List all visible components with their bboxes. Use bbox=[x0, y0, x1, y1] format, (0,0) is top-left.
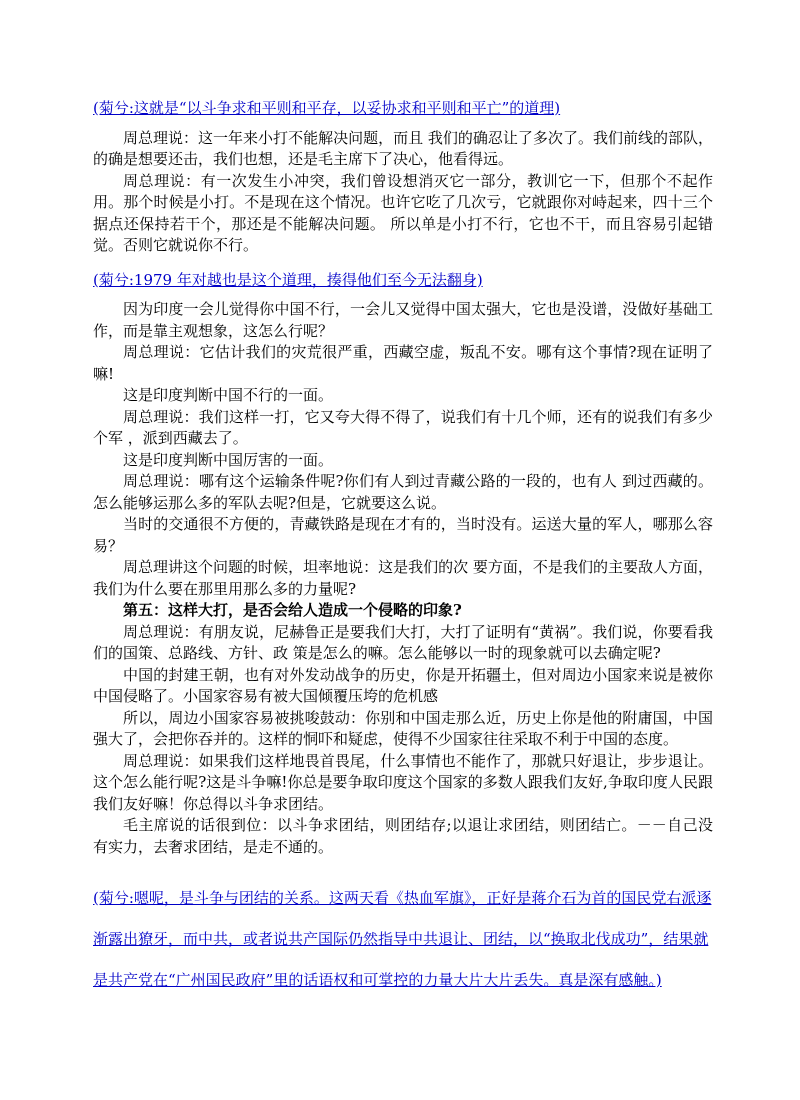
body-paragraph: 所以，周边小国家容易被挑唆鼓动：你别和中国走那么近，历史上你是他的附庸国，中国强… bbox=[93, 708, 713, 751]
body-paragraph: 周总理讲这个问题的时候，坦率地说：这是我们的次 要方面，不是我们的主要敌人方面，… bbox=[93, 557, 713, 600]
annotation-note: (菊兮:1979 年对越也是这个道理，揍得他们至今无法翻身) bbox=[93, 270, 713, 292]
annotation-note: (菊兮:这就是“以斗争求和平则和平存，以妥协求和平则和平亡”的道理) bbox=[93, 98, 713, 120]
body-paragraph: 这是印度判断中国不行的一面。 bbox=[93, 385, 713, 407]
body-paragraph: 周总理说：有朋友说，尼赫鲁正是要我们大打，大打了证明有“黄祸”。我们说，你要看我… bbox=[93, 622, 713, 665]
body-paragraph: 周总理说：哪有这个运输条件呢?你们有人到过青藏公路的一段的，也有人 到过西藏的。… bbox=[93, 471, 713, 514]
body-paragraph: 毛主席说的话很到位：以斗争求团结，则团结存;以退让求团结，则团结亡。－－自己没有… bbox=[93, 815, 713, 858]
body-paragraph: 周总理说：这一年来小打不能解决问题，而且 我们的确忍让了多次了。我们前线的部队，… bbox=[93, 128, 713, 171]
body-paragraph: 当时的交通很不方便的，青藏铁路是现在才有的，当时没有。运送大量的军人，哪那么容易… bbox=[93, 514, 713, 557]
body-paragraph: 中国的封建王朝，也有对外发动战争的历史，你是开拓疆土，但对周边小国家来说是被你中… bbox=[93, 665, 713, 708]
body-paragraph: 周总理说：我们这样一打，它又夸大得不得了，说我们有十几个师，还有的说我们有多少个… bbox=[93, 407, 713, 450]
body-paragraph: 这是印度判断中国厉害的一面。 bbox=[93, 450, 713, 472]
body-paragraph: 因为印度一会儿觉得你中国不行，一会儿又觉得中国太强大，它也是没谱，没做好基础工作… bbox=[93, 299, 713, 342]
body-paragraph: 周总理说：如果我们这样地畏首畏尾，什么事情也不能作了，那就只好退让，步步退让。这… bbox=[93, 751, 713, 816]
body-paragraph: 周总理说：有一次发生小冲突，我们曾设想消灭它一部分，教训它一下，但那个不起作用。… bbox=[93, 171, 713, 257]
document-content: (菊兮:这就是“以斗争求和平则和平存，以妥协求和平则和平亡”的道理)周总理说：这… bbox=[93, 98, 713, 1001]
section-heading: 第五：这样大打，是否会给人造成一个侵略的印象? bbox=[93, 600, 713, 622]
annotation-note-wide: (菊兮:嗯呢，是斗争与团结的关系。这两天看《热血军旗》，正好是蒋介石为首的国民党… bbox=[93, 878, 713, 1001]
body-paragraph: 周总理说：它估计我们的灾荒很严重，西藏空虚，叛乱不安。哪有这个事情?现在证明了嘛… bbox=[93, 342, 713, 385]
